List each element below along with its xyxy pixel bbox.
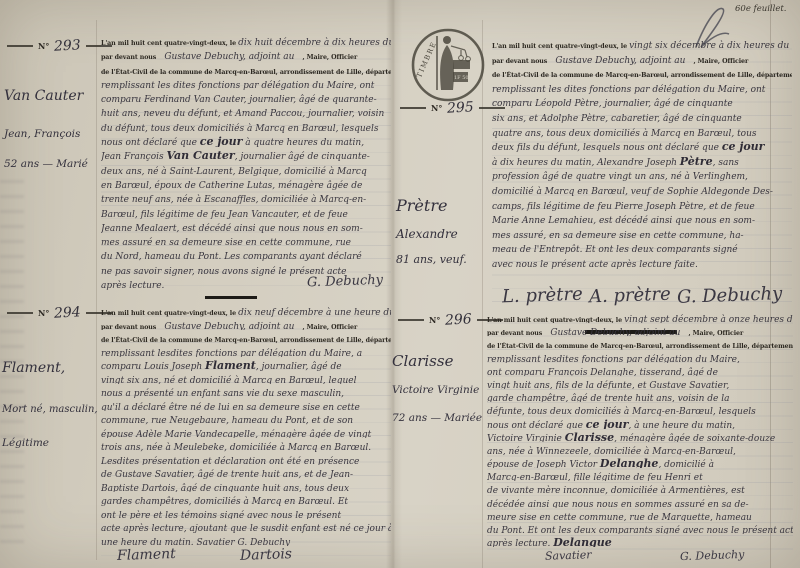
record-text: L'an mil huit cent quatre-vingt-deux, le… xyxy=(101,303,391,546)
handwritten-text: domicilié à Marcq en Barœul, veuf de Sop… xyxy=(492,187,773,197)
record-line: acte après lecture, ajoutant que le susd… xyxy=(101,519,391,533)
handwritten-text: du Pont. Et ont les deux comparants sign… xyxy=(487,526,793,534)
handwritten-text: nous a présenté un enfant sans vie du se… xyxy=(101,389,344,398)
handwritten-text: Jeanne Mealaert, est décédé ainsi que no… xyxy=(101,224,363,233)
handwritten-text: ce jour xyxy=(586,418,629,429)
handwritten-text: comparu Louis Joseph xyxy=(101,362,205,371)
handwritten-text: Marcq-en-Barœul, fille légitime de feu H… xyxy=(487,473,703,481)
record-line: Lesdites présentation et déclaration ont… xyxy=(101,452,391,466)
record-line: Baptiste Dartois, âgé de cinquante huit … xyxy=(101,479,391,493)
record-line: après lecture. Delangue xyxy=(487,534,793,547)
record-number: N° 295 xyxy=(400,100,505,116)
handwritten-text: défunte, tous deux domiciliés à Marcq-en… xyxy=(487,407,756,415)
record-line: défunte, tous deux domiciliés à Marcq-en… xyxy=(487,402,793,415)
printed-text: , Maire, Officier xyxy=(691,58,748,65)
record-line: de l'État-Civil de la commune de Marcq-e… xyxy=(487,336,793,349)
folio-label: 60e feuillet. xyxy=(735,4,787,14)
handwritten-text: camps, fils légitime de feu Pierre Josep… xyxy=(492,202,755,212)
signature: Flament xyxy=(117,546,176,564)
handwritten-text: de Gustave Savatier, âgé de trente huit … xyxy=(101,470,353,479)
record-line: qu'il a déclaré être né de lui en sa dem… xyxy=(101,398,391,412)
record-text: L'an mil huit cent quatre-vingt-deux, le… xyxy=(487,310,793,547)
record-line: une heure du matin. Savatier G. Debuchy xyxy=(101,533,391,547)
record-text: L'an mil huit cent quatre-vingt-deux, le… xyxy=(101,33,391,290)
handwritten-text: Gustave Debuchy, adjoint au xyxy=(158,52,300,61)
record-line: Marcq-en-Barœul, fille légitime de feu H… xyxy=(487,468,793,481)
margin-deceased-firstnames: Jean, François xyxy=(4,128,96,140)
record-line: meure sise en cette commune, rue de Marq… xyxy=(487,508,793,521)
printed-text: L'an mil huit cent quatre-vingt-deux, le xyxy=(492,43,629,50)
record-line: deux fils du défunt, lesquels nous ont d… xyxy=(492,138,792,153)
handwritten-text: , journalier, âgé de xyxy=(256,362,342,371)
record-line: comparu Louis Joseph Flament, journalier… xyxy=(101,357,391,371)
signature-row: SavatierG. Debuchy xyxy=(487,549,793,562)
record-line: épouse Adèle Marie Vandecapelle, ménagèr… xyxy=(101,425,391,439)
handwritten-text: vingt six décembre à dix heures du matin… xyxy=(629,41,792,51)
handwritten-text: , ménagère âgée de soixante-douze xyxy=(614,434,775,442)
handwritten-text: en Barœul, époux de Catherine Lutas, mén… xyxy=(101,181,362,190)
record-body: L'an mil huit cent quatre-vingt-deux, le… xyxy=(487,310,793,562)
record-number-label: N° xyxy=(38,308,49,318)
printed-text: par devant nous xyxy=(101,54,158,61)
record-number-value: 294 xyxy=(54,304,82,321)
signature: L. prètre xyxy=(502,283,583,307)
record-line: du Nord, hameau du Pont. Les comparants … xyxy=(101,247,391,261)
record-body: L'an mil huit cent quatre-vingt-deux, le… xyxy=(101,33,391,289)
margin-legitimacy-note: Légitime xyxy=(2,437,98,449)
record-line: profession âgé de quatre vingt un ans, n… xyxy=(492,167,792,182)
margin-deceased-age-status: 81 ans, veuf. xyxy=(396,253,484,266)
handwritten-text: Gustave Debuchy, adjoint au xyxy=(158,322,300,331)
handwritten-text: une heure du matin. Savatier G. Debuchy xyxy=(101,538,290,547)
handwritten-text: quatre ans, tous deux domiciliés à Marcq… xyxy=(492,129,757,139)
record-line: nous ont déclaré que ce jour à quatre he… xyxy=(101,133,391,147)
printed-text: de l'État-Civil de la commune de Marcq-e… xyxy=(101,337,391,344)
handwritten-text: décédée ainsi que nous nous en sommes as… xyxy=(487,500,749,508)
signature: Dartois xyxy=(239,546,292,564)
record-line: comparu Ferdinand Van Cauter, journalier… xyxy=(101,90,391,104)
record-line: L'an mil huit cent quatre-vingt-deux, le… xyxy=(487,310,793,323)
margin-deceased-age-status: 72 ans — Mariée xyxy=(392,412,484,424)
dash-rule xyxy=(400,107,426,109)
record-line: ont comparu François Delanghe, tisserand… xyxy=(487,363,793,376)
handwritten-text: ce jour xyxy=(722,140,765,153)
handwritten-text: trente neuf ans, née à Escanaffles, domi… xyxy=(101,195,366,204)
handwritten-text: dix neuf décembre à une heure du soir, xyxy=(238,308,391,317)
entry-separator xyxy=(205,296,257,299)
dash-rule xyxy=(398,319,424,321)
handwritten-text: après lecture. xyxy=(487,539,553,547)
handwritten-text: Victoire Virginie xyxy=(487,434,565,442)
handwritten-text: huit ans, neveu du défunt, et Amand Pacc… xyxy=(101,109,384,118)
record-line: vingt huit ans, fils de la défunte, et G… xyxy=(487,376,793,389)
record-line: de vivante mère inconnue, domiciliée à A… xyxy=(487,481,793,494)
record-line: nous a présenté un enfant sans vie du se… xyxy=(101,384,391,398)
signature: G. Debuchy xyxy=(676,283,782,308)
margin-deceased-age-status: 52 ans — Marié xyxy=(4,158,96,170)
signature: A. prètre xyxy=(589,283,671,307)
record-line: huit ans, neveu du défunt, et Amand Pacc… xyxy=(101,104,391,118)
handwritten-text: ans, née à Winnezeele, domiciliée à Marc… xyxy=(487,447,736,455)
handwritten-text: meau de l'Entrepôt. Et ont les deux comp… xyxy=(492,245,738,255)
record-line: domicilié à Marcq en Barœul, veuf de Sop… xyxy=(492,182,792,197)
record-line: commune, rue Neugebaure, hameau du Pont,… xyxy=(101,411,391,425)
record-line: du défunt, tous deux domiciliés à Marcq … xyxy=(101,119,391,133)
handwritten-text: gardes champêtres, domiciliés à Marcq en… xyxy=(101,497,348,506)
handwritten-text: , journalier âgé de cinquante- xyxy=(235,152,370,161)
record-line: de l'État-Civil de la commune de Marcq-e… xyxy=(101,330,391,344)
signature: G. Debuchy xyxy=(679,548,744,563)
record-line: comparu Léopold Pètre, journalier, âgé d… xyxy=(492,94,792,109)
record-line: mes assuré en sa demeure sise en cette c… xyxy=(101,233,391,247)
printed-text: , Maire, Officier xyxy=(300,54,357,61)
handwritten-text: de vivante mère inconnue, domiciliée à A… xyxy=(487,486,745,494)
printed-text: L'an mil huit cent quatre-vingt-deux, le xyxy=(101,310,238,317)
handwritten-text: ce jour xyxy=(200,135,243,147)
margin-deceased-name: Prètre xyxy=(396,196,484,215)
record-line: garde champêtre, âgé de trente huit ans,… xyxy=(487,389,793,402)
handwritten-text: ont comparu François Delanghe, tisserand… xyxy=(487,368,718,376)
record-line: Victoire Virginie Clarisse, ménagère âgé… xyxy=(487,429,793,442)
record-number-label: N° xyxy=(38,41,49,51)
handwritten-text: Pètre xyxy=(680,155,713,168)
handwritten-text: deux ans, né à Saint-Laurent, Belgique, … xyxy=(101,167,367,176)
handwritten-text: Delangue xyxy=(553,536,612,547)
record-line: du Pont. Et ont les deux comparants sign… xyxy=(487,521,793,534)
record-text: L'an mil huit cent quatre-vingt-deux, le… xyxy=(492,36,792,270)
handwritten-text: nous ont déclaré que xyxy=(101,138,200,147)
record-line: de l'État-Civil de la commune de Marcq-e… xyxy=(492,65,792,80)
record-line: remplissant lesdites fonctions par délég… xyxy=(101,344,391,358)
handwritten-text: trois ans, née à Meulebeke, domiciliée à… xyxy=(101,443,371,452)
record-line: épouse de Joseph Victor Delanghe, domici… xyxy=(487,455,793,468)
signature-row: L. prètreA. prètreG. Debuchy xyxy=(492,285,792,306)
revenue-stamp: 1F 50c TIMBRE xyxy=(407,24,489,106)
record-number: N° 293 xyxy=(7,38,112,54)
record-line: par devant nous Gustave Debuchy, adjoint… xyxy=(101,317,391,331)
handwritten-text: comparu Ferdinand Van Cauter, journalier… xyxy=(101,95,377,104)
record-number-value: 296 xyxy=(445,311,473,328)
handwritten-text: , sans xyxy=(713,158,739,168)
dash-rule xyxy=(7,312,33,314)
handwritten-text: ont le père et les témoins signé avec no… xyxy=(101,511,341,520)
handwritten-text: Gustave Debuchy, adjoint au xyxy=(544,328,686,336)
handwritten-text: garde champêtre, âgé de trente huit ans,… xyxy=(487,394,729,402)
handwritten-text: , à une heure du matin, xyxy=(628,421,735,429)
handwritten-text: vingt huit ans, fils de la défunte, et G… xyxy=(487,381,729,389)
record-line: Barœul, fils légitime de feu Jean Vancau… xyxy=(101,205,391,219)
handwritten-text: Lesdites présentation et déclaration ont… xyxy=(101,457,359,466)
margin-annotation: Flament, Mort né, masculin, Légitime xyxy=(2,360,98,449)
margin-deceased-name: Flament, xyxy=(2,360,98,376)
record-line: remplissant les dites fonctions par délé… xyxy=(101,76,391,90)
record-line: par devant nous Gustave Debuchy, adjoint… xyxy=(492,51,792,66)
margin-rule-left xyxy=(96,20,97,560)
margin-annotation: Van Cauter Jean, François 52 ans — Marié xyxy=(4,88,96,170)
handwritten-text: vingt sept décembre à onze heures du mat… xyxy=(624,315,793,323)
handwritten-text: Jean François xyxy=(101,152,166,161)
record-line: L'an mil huit cent quatre-vingt-deux, le… xyxy=(101,33,391,47)
handwritten-text: remplissant lesdites fonctions par délég… xyxy=(101,349,362,358)
handwritten-text: commune, rue Neugebaure, hameau du Pont,… xyxy=(101,416,353,425)
handwritten-text: du Nord, hameau du Pont. Les comparants … xyxy=(101,252,362,261)
handwritten-text: nous ont déclaré que xyxy=(487,421,586,429)
margin-annotation: Clarisse Victoire Virginie 72 ans — Mari… xyxy=(392,352,484,424)
record-line: en Barœul, époux de Catherine Lutas, mén… xyxy=(101,176,391,190)
record-number-label: N° xyxy=(431,103,442,113)
handwritten-text: comparu Léopold Pètre, journalier, âgé d… xyxy=(492,99,733,109)
record-line: ans, née à Winnezeele, domiciliée à Marc… xyxy=(487,442,793,455)
record-line: deux ans, né à Saint-Laurent, Belgique, … xyxy=(101,162,391,176)
record-line: L'an mil huit cent quatre-vingt-deux, le… xyxy=(101,303,391,317)
record-line: remplissant les dites fonctions par délé… xyxy=(492,80,792,95)
handwritten-text: six ans, et Adolphe Pètre, cabaretier, â… xyxy=(492,114,742,124)
record-number-value: 295 xyxy=(447,99,475,116)
record-line: camps, fils légitime de feu Pierre Josep… xyxy=(492,197,792,212)
handwritten-text: remplissant les dites fonctions par délé… xyxy=(492,85,765,95)
record-line: meau de l'Entrepôt. Et ont les deux comp… xyxy=(492,240,792,255)
margin-annotation: Prètre Alexandre 81 ans, veuf. xyxy=(396,196,484,266)
printed-text: par devant nous xyxy=(492,58,549,65)
record-line: remplissant lesdites fonctions par délég… xyxy=(487,350,793,363)
handwritten-text: Gustave Debuchy, adjoint au xyxy=(549,56,691,66)
handwritten-text: Delanghe xyxy=(600,457,659,468)
record-line: avec nous le présent acte après lecture … xyxy=(492,255,792,270)
record-line: par devant nous Gustave Debuchy, adjoint… xyxy=(487,323,793,336)
record-line: quatre ans, tous deux domiciliés à Marcq… xyxy=(492,124,792,139)
handwritten-text: mes assuré en sa demeure sise en cette c… xyxy=(101,238,351,247)
record-line: mes assuré, en sa demeure sise en cette … xyxy=(492,226,792,241)
handwritten-text: après lecture. xyxy=(101,281,164,290)
record-line: nous ont déclaré que ce jour, à une heur… xyxy=(487,416,793,429)
margin-deceased-firstnames: Victoire Virginie xyxy=(392,384,484,396)
margin-deceased-name: Van Cauter xyxy=(4,88,96,104)
record-number-value: 293 xyxy=(54,37,82,54)
printed-text: L'an mil huit cent quatre-vingt-deux, le xyxy=(101,40,238,47)
record-line: Marie Anne Lemahieu, est décédé ainsi qu… xyxy=(492,211,792,226)
record-line: gardes champêtres, domiciliés à Marcq en… xyxy=(101,492,391,506)
record-number: N° 294 xyxy=(7,305,112,321)
record-line: trente neuf ans, née à Escanaffles, domi… xyxy=(101,190,391,204)
handwritten-text: épouse de Joseph Victor xyxy=(487,460,600,468)
handwritten-text: avec nous le présent acte après lecture … xyxy=(492,260,698,270)
record-line: par devant nous Gustave Debuchy, adjoint… xyxy=(101,47,391,61)
record-line: Jeanne Mealaert, est décédé ainsi que no… xyxy=(101,219,391,233)
handwritten-text: Baptiste Dartois, âgé de cinquante huit … xyxy=(101,484,349,493)
stamp-value-text: 1F 50c xyxy=(454,75,472,81)
handwritten-text: dix huit décembre à dix heures du matin, xyxy=(238,38,391,47)
handwritten-text: deux fils du défunt, lesquels nous ont d… xyxy=(492,143,722,153)
signature: G. Debuchy xyxy=(307,273,383,291)
record-body: L'an mil huit cent quatre-vingt-deux, le… xyxy=(101,303,391,563)
handwritten-text: profession âgé de quatre vingt un ans, n… xyxy=(492,172,748,182)
record-line: à dix heures du matin, Alexandre Joseph … xyxy=(492,153,792,168)
handwritten-text: Marie Anne Lemahieu, est décédé ainsi qu… xyxy=(492,216,755,226)
record-line: trois ans, née à Meulebeke, domiciliée à… xyxy=(101,438,391,452)
handwritten-text: Barœul, fils légitime de feu Jean Vancau… xyxy=(101,210,348,219)
record-line: décédée ainsi que nous nous en sommes as… xyxy=(487,495,793,508)
margin-deceased-firstnames: Alexandre xyxy=(396,227,484,241)
handwritten-text: qu'il a déclaré être né de lui en sa dem… xyxy=(101,403,360,412)
record-body: L'an mil huit cent quatre-vingt-deux, le… xyxy=(492,36,792,306)
handwritten-text: vingt six ans, né et domicilié à Marcq e… xyxy=(101,376,356,385)
handwritten-text: mes assuré, en sa demeure sise en cette … xyxy=(492,231,744,241)
handwritten-text: meure sise en cette commune, rue de Marq… xyxy=(487,513,752,521)
handwritten-text: à quatre heures du matin, xyxy=(242,138,364,147)
record-line: de l'État-Civil de la commune de Marcq-e… xyxy=(101,62,391,76)
record-line: L'an mil huit cent quatre-vingt-deux, le… xyxy=(492,36,792,51)
handwritten-text: , domicilié à xyxy=(658,460,714,468)
handwritten-text: Flament xyxy=(205,359,256,371)
record-line: Jean François Van Cauter, journalier âgé… xyxy=(101,147,391,161)
handwritten-text: du défunt, tous deux domiciliés à Marcq … xyxy=(101,124,379,133)
record-line: six ans, et Adolphe Pètre, cabaretier, â… xyxy=(492,109,792,124)
handwritten-text: épouse Adèle Marie Vandecapelle, ménagèr… xyxy=(101,430,371,439)
margin-stillborn-note: Mort né, masculin, xyxy=(2,404,98,415)
signature: Savatier xyxy=(545,549,592,564)
dash-rule xyxy=(7,45,33,47)
printed-text: de l'État-Civil de la commune de Marcq-e… xyxy=(101,69,391,76)
printed-text: de l'État-Civil de la commune de Marcq-e… xyxy=(487,343,793,349)
record-line: ont le père et les témoins signé avec no… xyxy=(101,506,391,520)
handwritten-text: acte après lecture, ajoutant que le susd… xyxy=(101,524,391,533)
registry-page: 60e feuillet. 1F 50c TIMBRE N° 293 Van C… xyxy=(0,0,800,568)
signature-row: FlamentDartois xyxy=(101,547,391,563)
handwritten-text: Clarisse xyxy=(565,431,614,442)
record-number-label: N° xyxy=(429,315,440,325)
handwritten-text: remplissant lesdites fonctions par délég… xyxy=(487,355,740,363)
printed-text: de l'État-Civil de la commune de Marcq-e… xyxy=(492,72,792,79)
handwritten-text: à dix heures du matin, Alexandre Joseph xyxy=(492,158,680,168)
handwritten-text: Van Cauter xyxy=(166,149,234,161)
margin-deceased-name: Clarisse xyxy=(392,352,484,370)
handwritten-text: remplissant les dites fonctions par délé… xyxy=(101,81,374,90)
record-line: vingt six ans, né et domicilié à Marcq e… xyxy=(101,371,391,385)
record-line: de Gustave Savatier, âgé de trente huit … xyxy=(101,465,391,479)
